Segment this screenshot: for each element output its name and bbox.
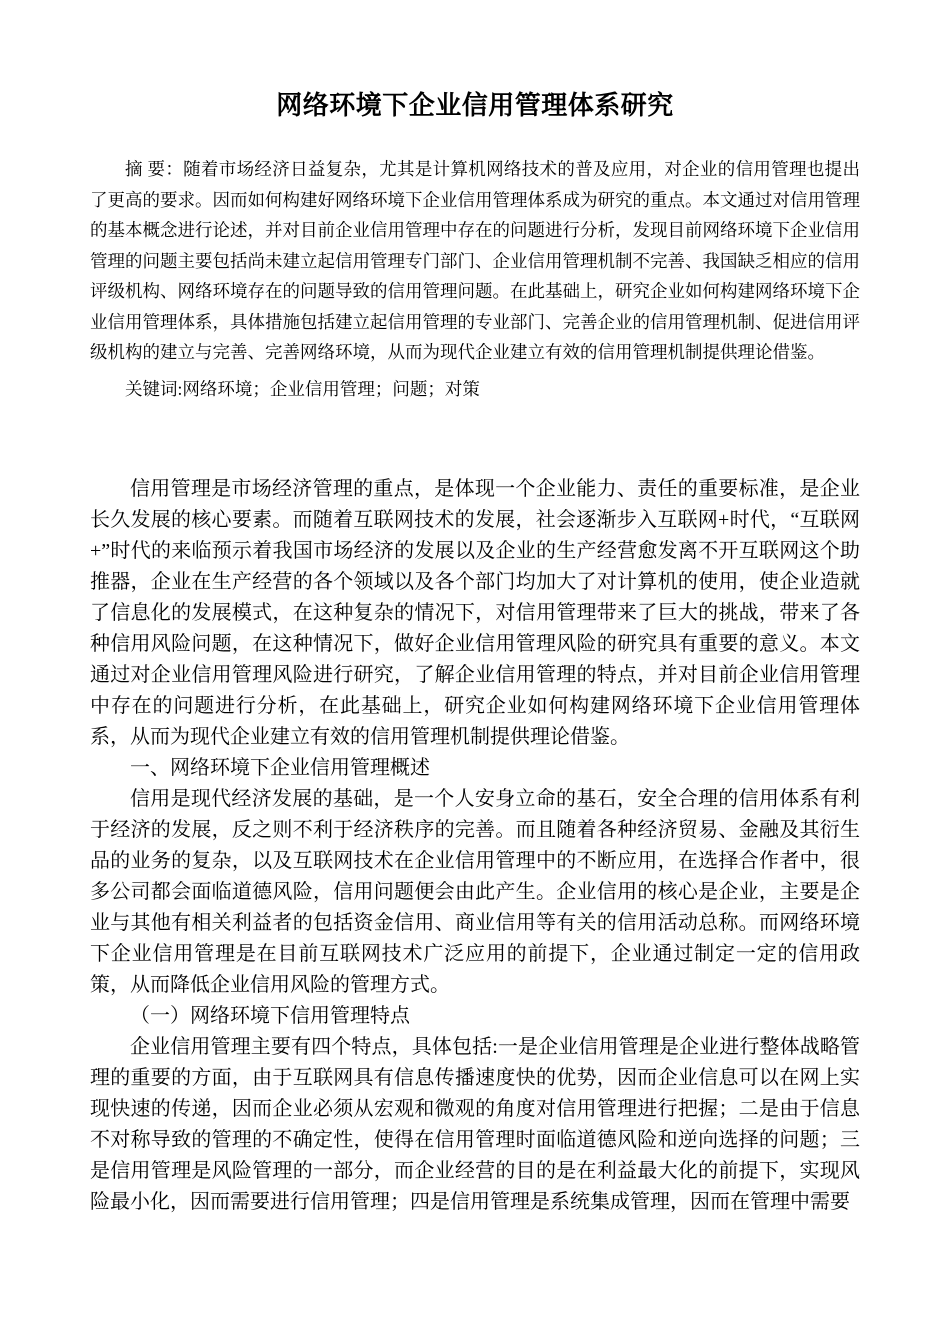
subsection-heading-features: （一）网络环境下信用管理特点	[90, 1001, 860, 1032]
body-paragraph-credit-basis: 信用是现代经济发展的基础，是一个人安身立命的基石，安全合理的信用体系有利于经济的…	[90, 784, 860, 1001]
keywords-line: 关键词:网络环境；企业信用管理；问题；对策	[90, 374, 860, 405]
document-body: 信用管理是市场经济管理的重点，是体现一个企业能力、责任的重要标准，是企业长久发展…	[90, 474, 860, 1218]
body-paragraph-four-features: 企业信用管理主要有四个特点，具体包括:一是企业信用管理是企业进行整体战略管理的重…	[90, 1032, 860, 1218]
document-page: 网络环境下企业信用管理体系研究 摘 要：随着市场经济日益复杂，尤其是计算机网络技…	[0, 0, 950, 1344]
body-paragraph-intro: 信用管理是市场经济管理的重点，是体现一个企业能力、责任的重要标准，是企业长久发展…	[90, 474, 860, 753]
abstract-paragraph: 摘 要：随着市场经济日益复杂，尤其是计算机网络技术的普及应用，对企业的信用管理也…	[90, 154, 860, 368]
abstract-section: 摘 要：随着市场经济日益复杂，尤其是计算机网络技术的普及应用，对企业的信用管理也…	[90, 154, 860, 404]
document-title: 网络环境下企业信用管理体系研究	[90, 88, 860, 124]
section-heading-overview: 一、网络环境下企业信用管理概述	[90, 753, 860, 784]
